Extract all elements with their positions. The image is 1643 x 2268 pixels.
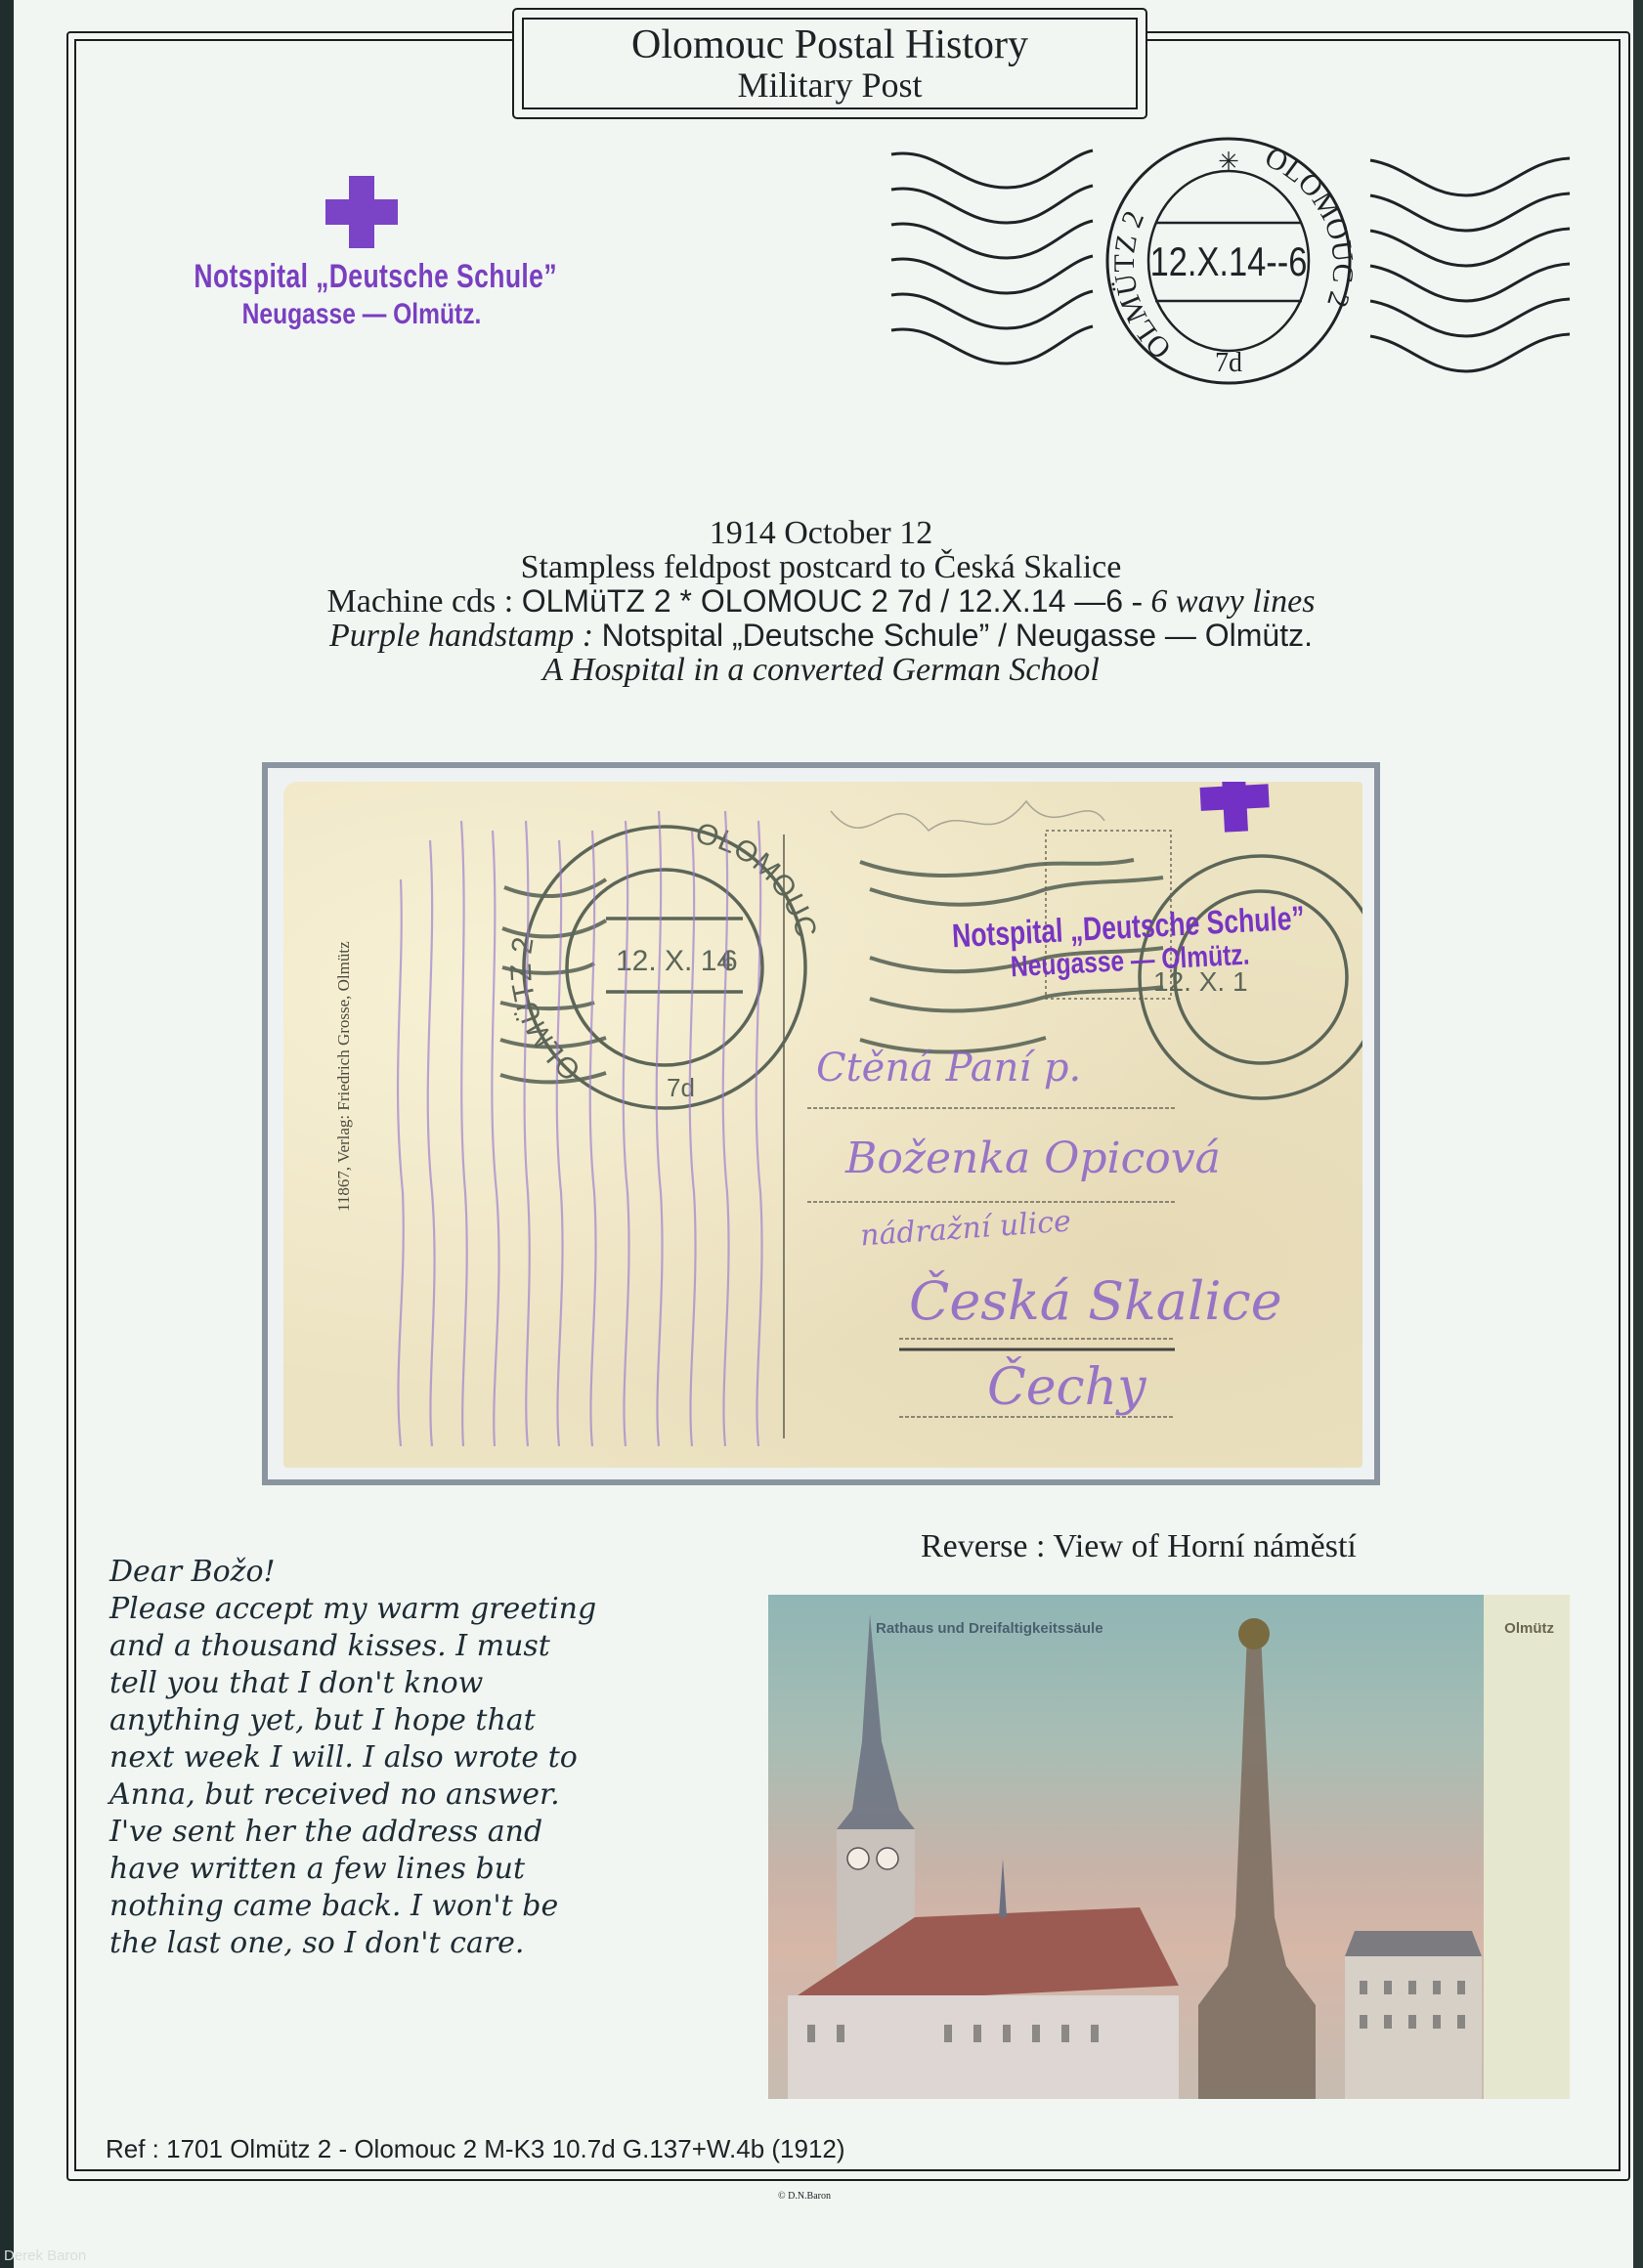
scan-edge-left <box>0 0 14 2268</box>
cancel-bottom: 7d <box>1215 348 1242 378</box>
letter-translation: Dear Božo! Please accept my warm greetin… <box>109 1554 735 1962</box>
reverse-caption: Reverse : View of Horní náměstí <box>921 1528 1357 1565</box>
title-box: Olomouc Postal History Military Post <box>512 8 1147 119</box>
watermark: Derek Baron <box>4 2247 86 2264</box>
postcard-cancel-hour: 6 <box>721 945 738 977</box>
item-description: 1914 October 12 Stampless feldpost postc… <box>147 516 1495 687</box>
address-line-2: Boženka Opicová <box>845 1134 1221 1183</box>
item-summary: Stampless feldpost postcard to Česká Ska… <box>147 550 1495 584</box>
address-line-5: Čechy <box>987 1358 1146 1417</box>
page-title: Olomouc Postal History <box>631 23 1028 66</box>
scan-edge-right <box>1633 0 1643 2268</box>
svg-text:OLMÜTZ 2: OLMÜTZ 2 <box>505 935 587 1087</box>
reverse-image-place: Olmütz <box>1504 1620 1554 1637</box>
postcard-handstamp: Notspital „Deutsche Schule” Neugasse — O… <box>898 829 1358 990</box>
address-line-4: Česká Skalice <box>909 1270 1282 1332</box>
svg-text:OLOMOUC: OLOMOUC <box>692 817 822 941</box>
item-date: 1914 October 12 <box>147 516 1495 550</box>
machine-cds-line: Machine cds : OLMüTZ 2 * OLOMOUC 2 7d / … <box>147 584 1495 619</box>
reference-line: Ref : 1701 Olmütz 2 - Olomouc 2 M-K3 10.… <box>106 2134 845 2164</box>
handstamp-line2: Neugasse — Olmütz. <box>186 298 539 331</box>
handstamp-line1: Notspital „Deutsche Schule” <box>194 258 529 296</box>
address-line-1: Ctěná Paní p. <box>816 1046 1081 1091</box>
postcard-mount: 12. X. 14 6 7d OLMÜTZ 2 OLOMOUC <box>262 762 1380 1485</box>
red-cross-icon <box>1086 838 1158 911</box>
svg-text:OLOMOUC 2: OLOMOUC 2 <box>1260 141 1360 311</box>
svg-text:OLMÜTZ 2: OLMÜTZ 2 <box>1108 206 1178 364</box>
red-cross-icon <box>325 176 398 248</box>
machine-cancel-illustration: OLMÜTZ 2 OLOMOUC 2 ✳ 12.X.14--6 7d <box>880 127 1583 401</box>
postcard-cancel-date: 12. X. 14 <box>616 945 733 977</box>
postcard-front: 12. X. 14 6 7d OLMÜTZ 2 OLOMOUC <box>283 782 1362 1468</box>
page-subtitle: Military Post <box>737 66 922 104</box>
purple-handstamp-line: Purple handstamp : Notspital „Deutsche S… <box>147 619 1495 653</box>
cancel-date: 12.X.14--6 <box>1150 239 1308 285</box>
postcard-margin-strip <box>1484 1595 1570 2099</box>
postcard-reverse-image: Rathaus und Dreifaltigkeitssäule Olmütz <box>768 1595 1570 2099</box>
copyright: © D.N.Baron <box>778 2191 831 2202</box>
cancel-ring-right: OLOMOUC 2 <box>1260 141 1360 311</box>
reverse-image-title: Rathaus und Dreifaltigkeitssäule <box>876 1620 1103 1637</box>
item-note: A Hospital in a converted German School <box>147 653 1495 687</box>
publisher-imprint: 11867, Verlag: Friedrich Grosse, Olmütz <box>334 941 354 1212</box>
handstamp-illustration: Notspital „Deutsche Schule” Neugasse — O… <box>147 176 577 331</box>
cancel-star: ✳ <box>1218 148 1239 176</box>
cancel-ring-left: OLMÜTZ 2 <box>1108 206 1178 364</box>
